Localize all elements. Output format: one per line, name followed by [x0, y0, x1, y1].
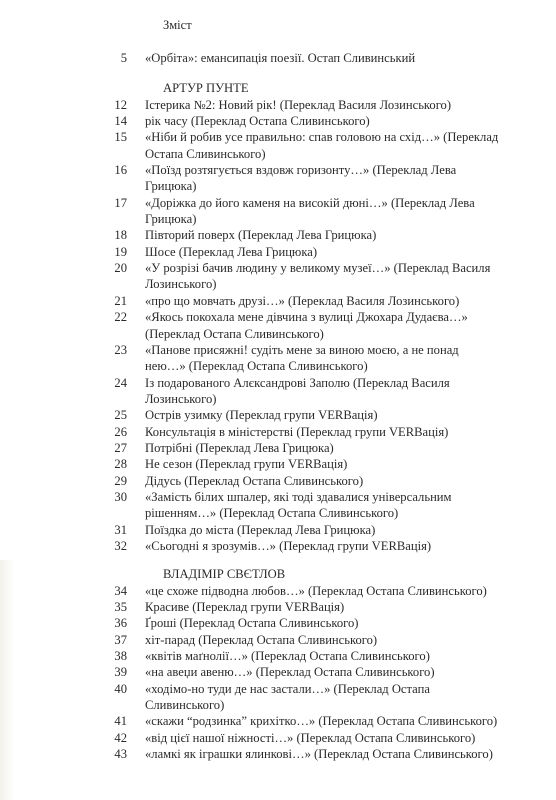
entry-line: «скажи “родзинка” крихітко…» (Переклад О… [145, 713, 505, 729]
page-number: 41 [0, 713, 145, 729]
toc-entry: 17«Доріжка до його каменя на високій дюн… [0, 195, 556, 228]
entry-line: Острів узимку (Переклад групи VERBація) [145, 407, 505, 423]
entry-title: Ґроші (Переклад Остапа Сливинського) [145, 615, 505, 631]
page-number: 36 [0, 615, 145, 631]
entry-title: «ламкі як іграшки ялинкові…» (Переклад О… [145, 746, 505, 762]
entry-line: (Переклад Остапа Сливинського) [145, 326, 505, 342]
section-author-heading: АРТУР ПУНТЕ [0, 80, 556, 96]
entry-title: «квітів маґнолії…» (Переклад Остапа Слив… [145, 648, 505, 664]
page-number: 24 [0, 375, 145, 391]
toc-sections: АРТУР ПУНТЕ12Істерика №2: Новий рік! (Пе… [0, 80, 556, 762]
toc-entry: 25Острів узимку (Переклад групи VERBація… [0, 407, 556, 423]
toc-entry: 23«Панове присяжні! судіть мене за виною… [0, 342, 556, 375]
entry-line: Істерика №2: Новий рік! (Переклад Василя… [145, 97, 505, 113]
entry-line: нею…» (Переклад Остапа Сливинського) [145, 358, 505, 374]
entry-line: «про що мовчать друзі…» (Переклад Василя… [145, 293, 505, 309]
toc-entry: 16«Поїзд розтягується вздовж горизонту…»… [0, 162, 556, 195]
entry-line: «ходімо-но туди де нас застали…» (Перекл… [145, 681, 505, 697]
toc-entry: 15«Ніби й робив усе правильно: спав голо… [0, 129, 556, 162]
entry-line: Дідусь (Переклад Остапа Сливинського) [145, 473, 505, 489]
toc-entry: 42«від цієї нашої ніжності…» (Переклад О… [0, 730, 556, 746]
page-number: 21 [0, 293, 145, 309]
entry-line: Потрібні (Переклад Лева Грицюка) [145, 440, 505, 456]
page-number: 29 [0, 473, 145, 489]
toc-entry: 18Півторий поверх (Переклад Лева Грицюка… [0, 227, 556, 243]
page-number: 26 [0, 424, 145, 440]
entry-title: хіт-парад (Переклад Остапа Сливинського) [145, 632, 505, 648]
page-number: 35 [0, 599, 145, 615]
page-number: 23 [0, 342, 145, 358]
entry-line: «Ніби й робив усе правильно: спав голово… [145, 129, 505, 145]
entry-title: «Орбіта»: емансипація поезії. Остап Слив… [145, 50, 505, 66]
entry-title: «У розрізі бачив людину у великому музеї… [145, 260, 505, 293]
entry-title: Півторий поверх (Переклад Лева Грицюка) [145, 227, 505, 243]
entry-line: Не сезон (Переклад групи VERBація) [145, 456, 505, 472]
toc-entry: 34«це схоже підводна любов…» (Переклад О… [0, 583, 556, 599]
entry-title: Консультація в міністерстві (Переклад гр… [145, 424, 505, 440]
page-number: 38 [0, 648, 145, 664]
entry-line: рішенням…» (Переклад Остапа Сливинського… [145, 505, 505, 521]
entry-line: «Замість білих шпалер, які тоді здавалис… [145, 489, 505, 505]
toc-entry-intro: 5 «Орбіта»: емансипація поезії. Остап Сл… [0, 50, 556, 66]
toc-entry: 30«Замість білих шпалер, які тоді здавал… [0, 489, 556, 522]
page-number: 5 [0, 50, 145, 66]
toc-entry: 26Консультація в міністерстві (Переклад … [0, 424, 556, 440]
entry-title: Поїздка до міста (Переклад Лева Грицюка) [145, 522, 505, 538]
entry-line: «від цієї нашої ніжності…» (Переклад Ост… [145, 730, 505, 746]
entry-title: Красиве (Переклад групи VERBація) [145, 599, 505, 615]
toc-entry: 32«Сьогодні я зрозумів…» (Переклад групи… [0, 538, 556, 554]
entry-line: «Якось покохала мене дівчина з вулиці Дж… [145, 309, 505, 325]
toc-entry: 20«У розрізі бачив людину у великому муз… [0, 260, 556, 293]
toc-entry: 29Дідусь (Переклад Остапа Сливинського) [0, 473, 556, 489]
page-number: 42 [0, 730, 145, 746]
toc-entry: 19Шосе (Переклад Лева Грицюка) [0, 244, 556, 260]
entry-line: «ламкі як іграшки ялинкові…» (Переклад О… [145, 746, 505, 762]
toc-entry: 14рік часу (Переклад Остапа Сливинського… [0, 113, 556, 129]
entry-title: Істерика №2: Новий рік! (Переклад Василя… [145, 97, 505, 113]
entry-line: Грицюка) [145, 178, 505, 194]
page-title: Зміст [163, 18, 192, 33]
page-number: 30 [0, 489, 145, 505]
page-number: 20 [0, 260, 145, 276]
entry-title: «Сьогодні я зрозумів…» (Переклад групи V… [145, 538, 505, 554]
entry-title: «Доріжка до його каменя на високій дюні…… [145, 195, 505, 228]
section-author-heading: ВЛАДІМІР СВЄТЛОВ [0, 566, 556, 582]
page-number: 43 [0, 746, 145, 762]
entry-line: рік часу (Переклад Остапа Сливинського) [145, 113, 505, 129]
entry-title: «Поїзд розтягується вздовж горизонту…» (… [145, 162, 505, 195]
toc-entry: 24Із подарованого Алєксандрові Заполю (П… [0, 375, 556, 408]
entry-title: «Замість білих шпалер, які тоді здавалис… [145, 489, 505, 522]
toc-entry: 39«на авеџи авеню…» (Переклад Остапа Сли… [0, 664, 556, 680]
entry-line: «Поїзд розтягується вздовж горизонту…» (… [145, 162, 505, 178]
entry-title: Не сезон (Переклад групи VERBація) [145, 456, 505, 472]
entry-line: «Панове присяжні! судіть мене за виною м… [145, 342, 505, 358]
entry-line: Півторий поверх (Переклад Лева Грицюка) [145, 227, 505, 243]
entry-title: «Якось покохала мене дівчина з вулиці Дж… [145, 309, 505, 342]
page-number: 16 [0, 162, 145, 178]
page-number: 15 [0, 129, 145, 145]
page-number: 12 [0, 97, 145, 113]
page-number: 37 [0, 632, 145, 648]
entry-title: Із подарованого Алєксандрові Заполю (Пер… [145, 375, 505, 408]
entry-title: Острів узимку (Переклад групи VERBація) [145, 407, 505, 423]
page-number: 39 [0, 664, 145, 680]
entry-title: Потрібні (Переклад Лева Грицюка) [145, 440, 505, 456]
entry-line: Сливинського) [145, 697, 505, 713]
entry-line: Лозинського) [145, 276, 505, 292]
entry-title: «Панове присяжні! судіть мене за виною м… [145, 342, 505, 375]
entry-line: Грицюка) [145, 211, 505, 227]
entry-line: Консультація в міністерстві (Переклад гр… [145, 424, 505, 440]
toc-entry: 40«ходімо-но туди де нас застали…» (Пере… [0, 681, 556, 714]
entry-line: «це схоже підводна любов…» (Переклад Ост… [145, 583, 505, 599]
entry-line: Поїздка до міста (Переклад Лева Грицюка) [145, 522, 505, 538]
toc-entry: 38«квітів маґнолії…» (Переклад Остапа Сл… [0, 648, 556, 664]
entry-title: «від цієї нашої ніжності…» (Переклад Ост… [145, 730, 505, 746]
page-number: 31 [0, 522, 145, 538]
toc-entry: 21«про що мовчать друзі…» (Переклад Васи… [0, 293, 556, 309]
entry-line: «Сьогодні я зрозумів…» (Переклад групи V… [145, 538, 505, 554]
toc-page: Зміст 5 «Орбіта»: емансипація поезії. Ос… [0, 0, 556, 800]
entry-line: Красиве (Переклад групи VERBація) [145, 599, 505, 615]
toc-entry: 41«скажи “родзинка” крихітко…» (Переклад… [0, 713, 556, 729]
page-number: 34 [0, 583, 145, 599]
entry-title: «на авеџи авеню…» (Переклад Остапа Сливи… [145, 664, 505, 680]
page-number: 27 [0, 440, 145, 456]
entry-title: «Ніби й робив усе правильно: спав голово… [145, 129, 505, 162]
entry-title: Дідусь (Переклад Остапа Сливинського) [145, 473, 505, 489]
entry-line: Із подарованого Алєксандрові Заполю (Пер… [145, 375, 505, 391]
toc-entry: 28Не сезон (Переклад групи VERBація) [0, 456, 556, 472]
entry-line: «У розрізі бачив людину у великому музеї… [145, 260, 505, 276]
toc-entry: 27Потрібні (Переклад Лева Грицюка) [0, 440, 556, 456]
entry-title: «скажи “родзинка” крихітко…» (Переклад О… [145, 713, 505, 729]
page-number: 40 [0, 681, 145, 697]
toc-entry: 35Красиве (Переклад групи VERBація) [0, 599, 556, 615]
entry-title: «ходімо-но туди де нас застали…» (Перекл… [145, 681, 505, 714]
toc-entry: 43«ламкі як іграшки ялинкові…» (Переклад… [0, 746, 556, 762]
entry-line: «Доріжка до його каменя на високій дюні…… [145, 195, 505, 211]
page-number: 25 [0, 407, 145, 423]
toc-entry: 37хіт-парад (Переклад Остапа Сливинськог… [0, 632, 556, 648]
page-number: 14 [0, 113, 145, 129]
entry-line: Лозинського) [145, 391, 505, 407]
toc-entry: 36Ґроші (Переклад Остапа Сливинського) [0, 615, 556, 631]
entry-line: хіт-парад (Переклад Остапа Сливинського) [145, 632, 505, 648]
entry-line: Ґроші (Переклад Остапа Сливинського) [145, 615, 505, 631]
page-number: 32 [0, 538, 145, 554]
page-number: 28 [0, 456, 145, 472]
entry-line: Остапа Сливинського) [145, 146, 505, 162]
entry-title: Шосе (Переклад Лева Грицюка) [145, 244, 505, 260]
toc-entry: 22«Якось покохала мене дівчина з вулиці … [0, 309, 556, 342]
page-number: 19 [0, 244, 145, 260]
entry-title: рік часу (Переклад Остапа Сливинського) [145, 113, 505, 129]
entry-title: «про що мовчать друзі…» (Переклад Василя… [145, 293, 505, 309]
toc-entry: 12Істерика №2: Новий рік! (Переклад Васи… [0, 97, 556, 113]
entry-line: «квітів маґнолії…» (Переклад Остапа Слив… [145, 648, 505, 664]
entry-line: «на авеџи авеню…» (Переклад Остапа Сливи… [145, 664, 505, 680]
page-number: 17 [0, 195, 145, 211]
entry-title: «це схоже підводна любов…» (Переклад Ост… [145, 583, 505, 599]
table-of-contents: 5 «Орбіта»: емансипація поезії. Остап Сл… [0, 50, 556, 762]
entry-line: Шосе (Переклад Лева Грицюка) [145, 244, 505, 260]
page-number: 22 [0, 309, 145, 325]
toc-entry: 31Поїздка до міста (Переклад Лева Грицюк… [0, 522, 556, 538]
page-number: 18 [0, 227, 145, 243]
